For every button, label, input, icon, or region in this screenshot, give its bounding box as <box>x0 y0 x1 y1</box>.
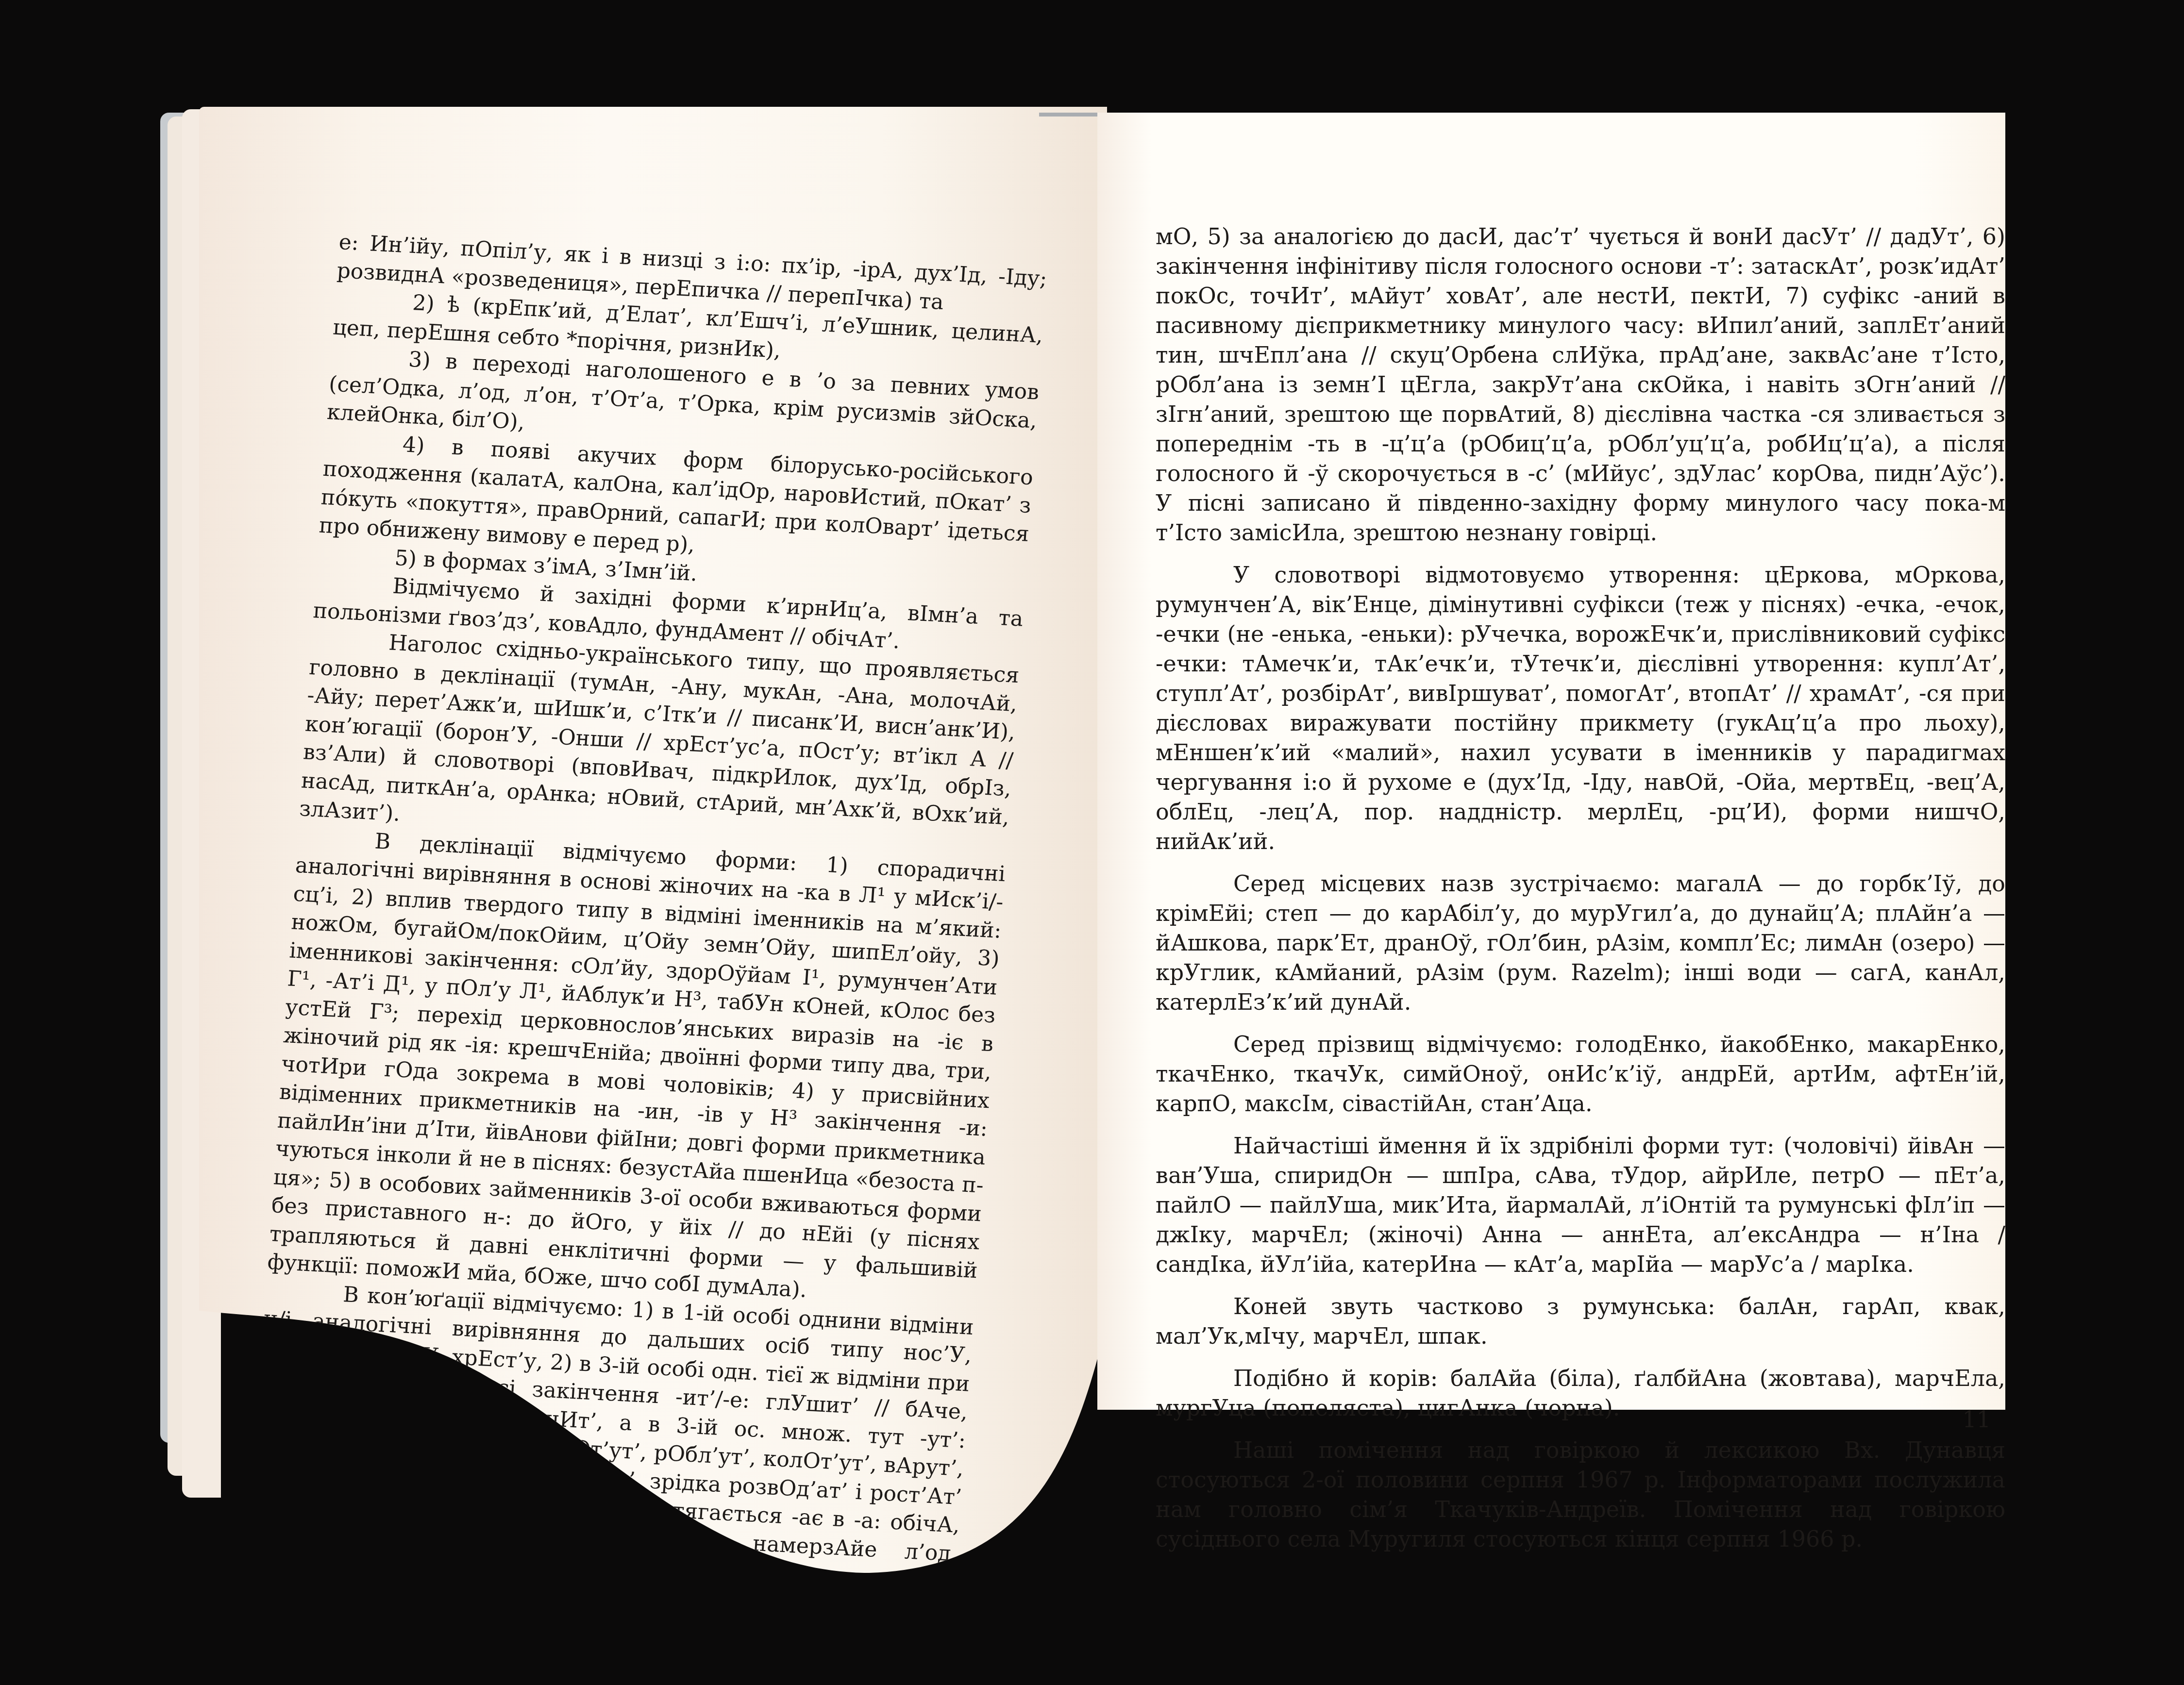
paragraph: Коней звуть частково з румунська: балАн,… <box>1156 1292 2005 1351</box>
paragraph: Наші помічення над говіркою й лексикою В… <box>1156 1435 2005 1554</box>
paragraph: Подібно й корів: балАйа (біла), ґалбйАна… <box>1156 1364 2005 1423</box>
paragraph: Наголос східньо-українського типу, що пр… <box>298 625 1020 860</box>
paragraph: В кон’юґації відмічуємо: 1) в 1-ій особі… <box>243 1276 974 1653</box>
left-page-text: е: Ин’ійу, пОпіл’у, як і в низці з і:о: … <box>243 228 1048 1653</box>
open-book: е: Ин’ійу, пОпіл’у, як і в низці з і:о: … <box>0 0 2184 1685</box>
page-number: 10 <box>344 1339 374 1367</box>
right-page: мО, 5) за аналогією до дасИ, дас’т’ чуєт… <box>1097 113 2005 1410</box>
paragraph: У словотворі відмотовуємо утворення: цЕр… <box>1156 560 2005 856</box>
paragraph: Серед прізвищ відмічуємо: голодЕнко, йак… <box>1156 1030 2005 1118</box>
paragraph: Найчастіші ймення й їх здрібнілі форми т… <box>1156 1131 2005 1279</box>
left-page: е: Ин’ійу, пОпіл’у, як і в низці з і:о: … <box>199 107 1107 1573</box>
page-number: 11 <box>1962 1406 1991 1433</box>
right-page-text: мО, 5) за аналогією до дасИ, дас’т’ чуєт… <box>1156 222 2005 1554</box>
paragraph: Серед місцевих назв зустрічаємо: магалА … <box>1156 869 2005 1017</box>
paragraph: мО, 5) за аналогією до дасИ, дас’т’ чуєт… <box>1156 222 2005 548</box>
paragraph: В деклінації відмічуємо форми: 1) спорад… <box>267 823 1007 1314</box>
